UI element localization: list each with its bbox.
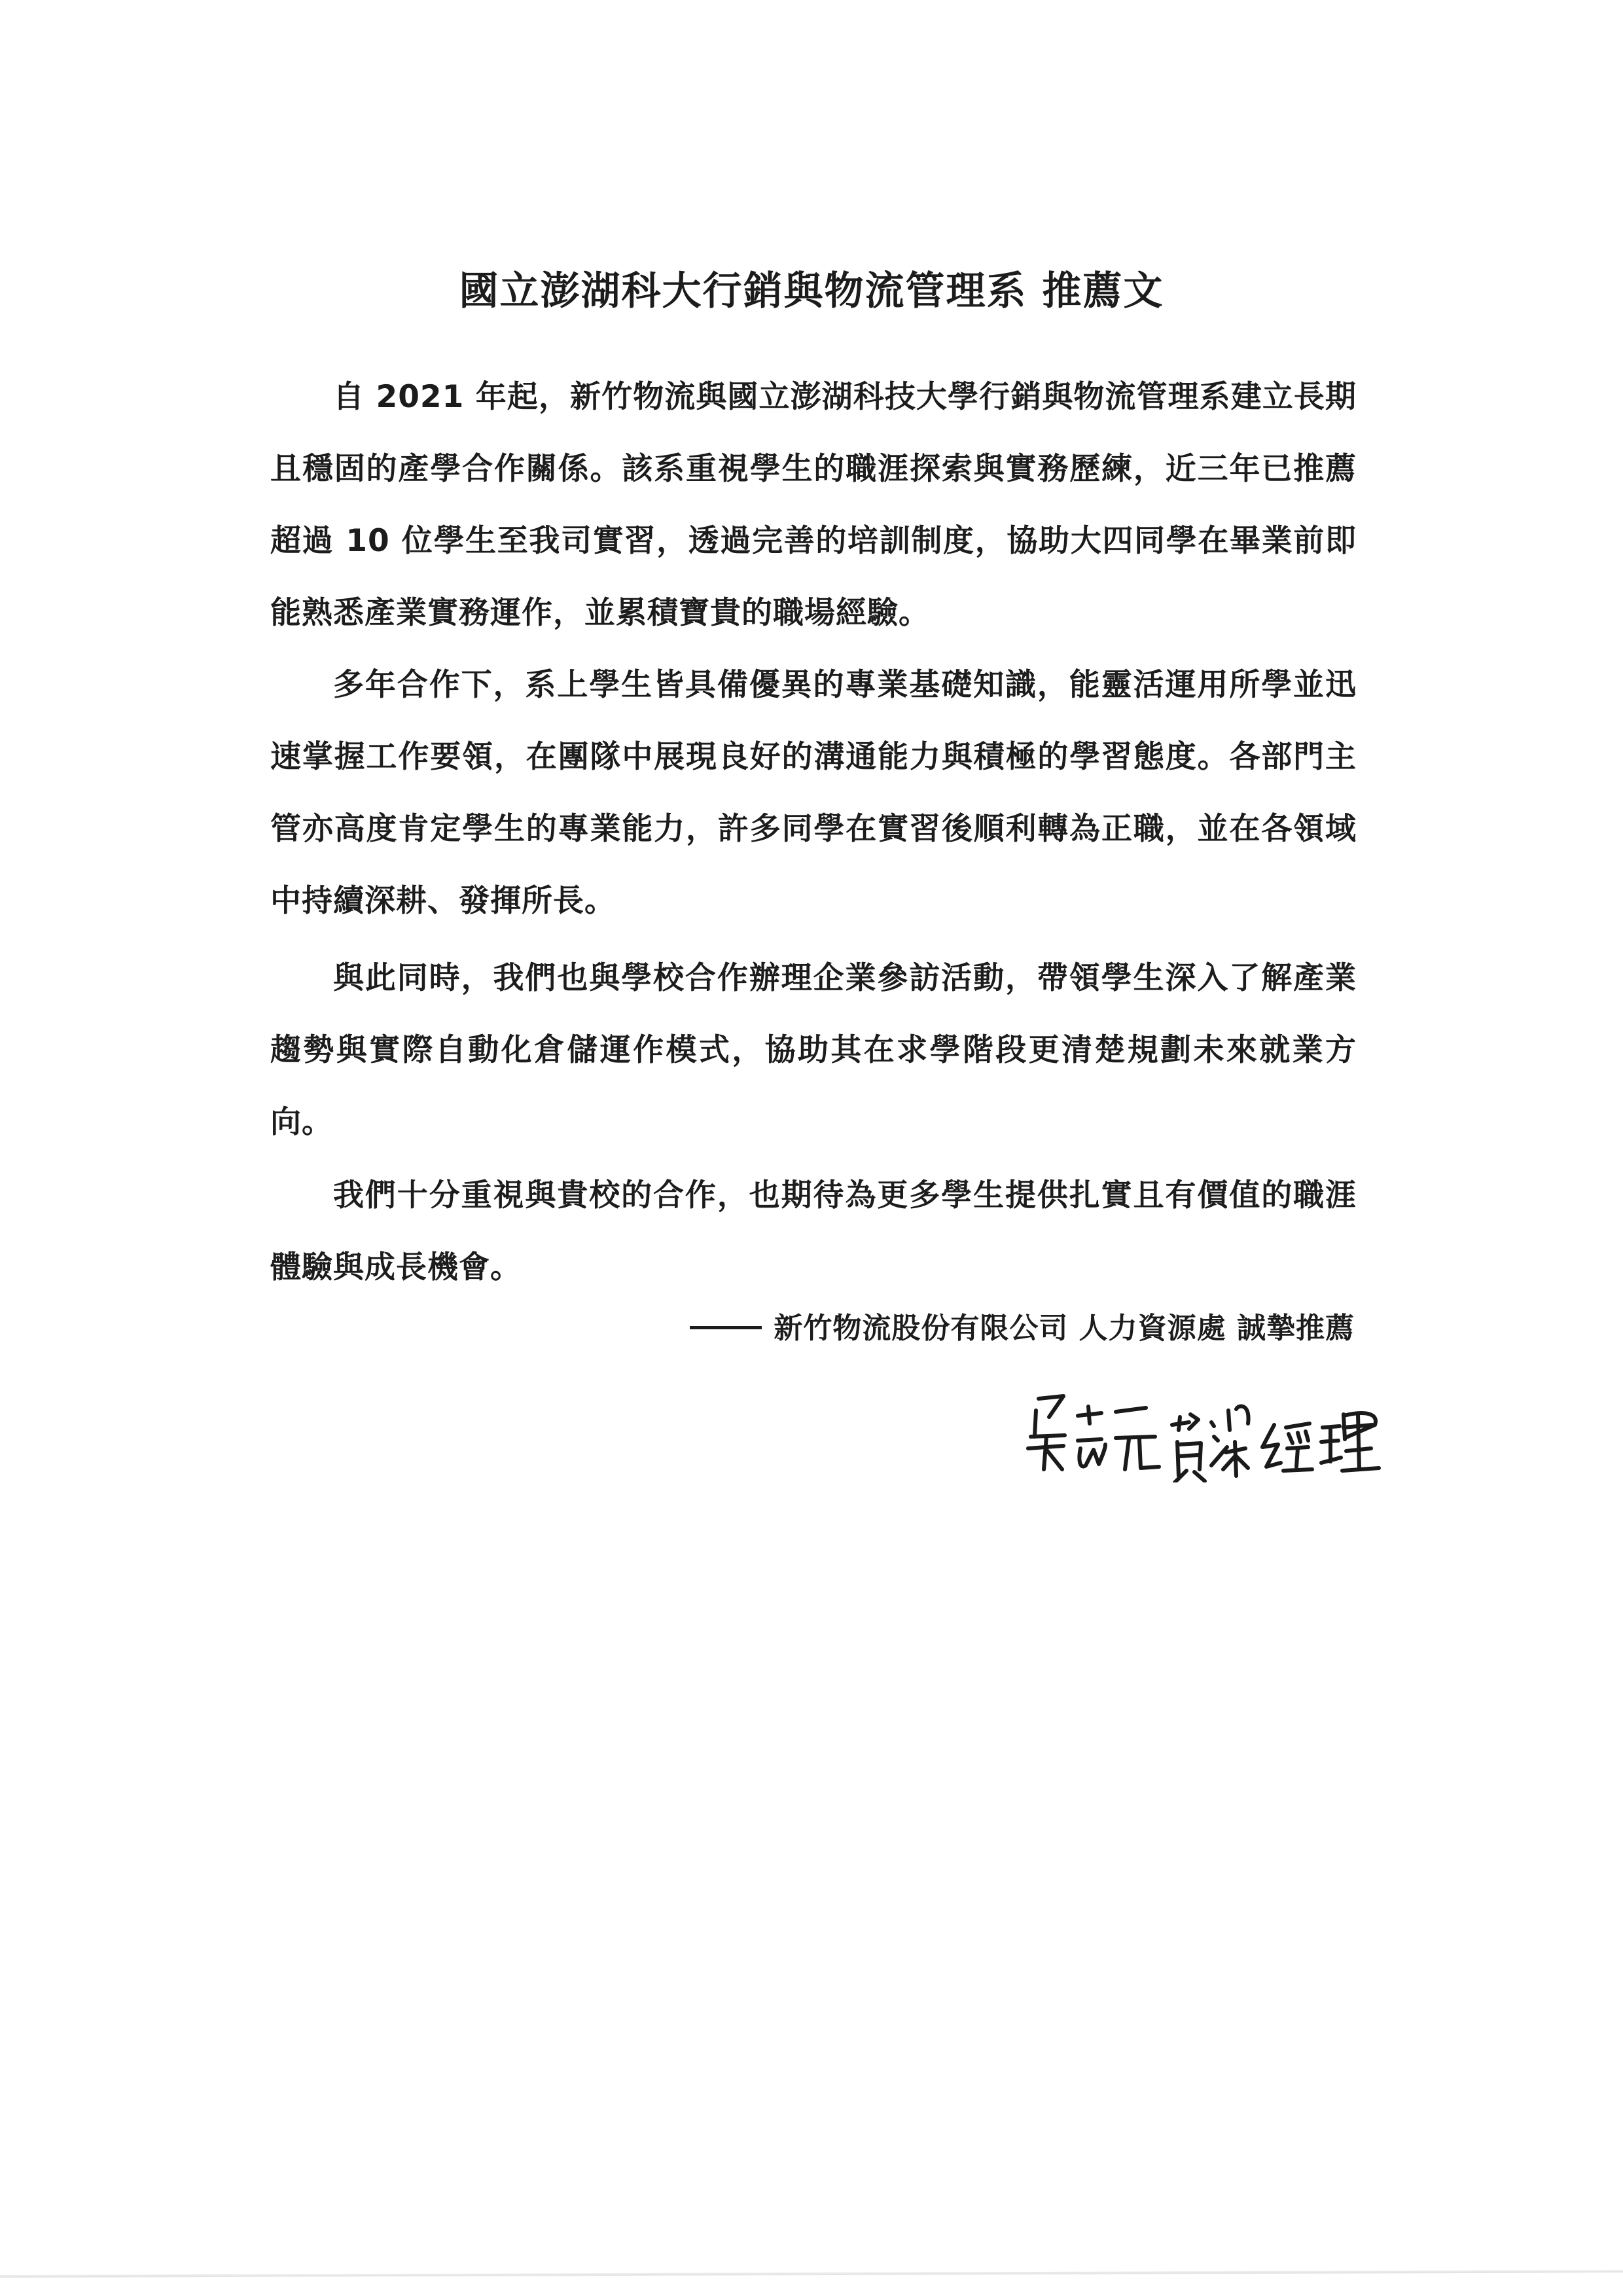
- document-title: 國立澎湖科大行銷與物流管理系 推薦文: [0, 262, 1623, 321]
- paragraph-line: 且穩固的產學合作關係。該系重視學生的職涯探索與實務歷練，近三年已推薦: [270, 433, 1357, 505]
- signoff-line: 新竹物流股份有限公司 人力資源處 誠摯推薦: [690, 1302, 1355, 1355]
- paragraph-2: 多年合作下，系上學生皆具備優異的專業基礎知識，能靈活運用所學並迅 速掌握工作要領…: [270, 649, 1357, 937]
- letter-page: 國立澎湖科大行銷與物流管理系 推薦文 自 2021 年起，新竹物流與國立澎湖科技…: [0, 0, 1623, 2296]
- scan-artifact-line: [0, 2270, 1623, 2278]
- signoff-text: 新竹物流股份有限公司 人力資源處 誠摯推薦: [774, 1312, 1355, 1345]
- paragraph-line: 與此同時，我們也與學校合作辦理企業參訪活動，帶領學生深入了解產業: [270, 942, 1357, 1014]
- paragraph-1: 自 2021 年起，新竹物流與國立澎湖科技大學行銷與物流管理系建立長期 且穩固的…: [270, 361, 1357, 649]
- paragraph-line: 向。: [270, 1086, 1357, 1158]
- paragraph-line: 自 2021 年起，新竹物流與國立澎湖科技大學行銷與物流管理系建立長期: [270, 361, 1357, 433]
- paragraph-line: 體驗與成長機會。: [270, 1232, 1357, 1304]
- paragraph-line: 多年合作下，系上學生皆具備優異的專業基礎知識，能靈活運用所學並迅: [270, 649, 1357, 721]
- paragraph-line: 趨勢與實際自動化倉儲運作模式，協助其在求學階段更清楚規劃未來就業方: [270, 1014, 1357, 1086]
- paragraph-line: 管亦高度肯定學生的專業能力，許多同學在實習後順利轉為正職，並在各領域: [270, 793, 1357, 865]
- paragraph-4: 我們十分重視與貴校的合作，也期待為更多學生提供扎實且有價值的職涯 體驗與成長機會…: [270, 1160, 1357, 1304]
- paragraph-line: 中持續深耕、發揮所長。: [270, 865, 1357, 937]
- paragraph-line: 能熟悉產業實務運作，並累積寶貴的職場經驗。: [270, 577, 1357, 649]
- paragraph-line: 超過 10 位學生至我司實習，透過完善的培訓制度，協助大四同學在畢業前即: [270, 505, 1357, 577]
- paragraph-line: 速掌握工作要領，在團隊中展現良好的溝通能力與積極的學習態度。各部門主: [270, 721, 1357, 793]
- em-dash-rule: [690, 1326, 762, 1329]
- signature-strokes-icon: [1018, 1384, 1436, 1482]
- paragraph-line: 我們十分重視與貴校的合作，也期待為更多學生提供扎實且有價值的職涯: [270, 1160, 1357, 1232]
- paragraph-3: 與此同時，我們也與學校合作辦理企業參訪活動，帶領學生深入了解產業 趨勢與實際自動…: [270, 942, 1357, 1158]
- handwritten-signature: 吳芸元 資深經理: [1018, 1384, 1436, 1482]
